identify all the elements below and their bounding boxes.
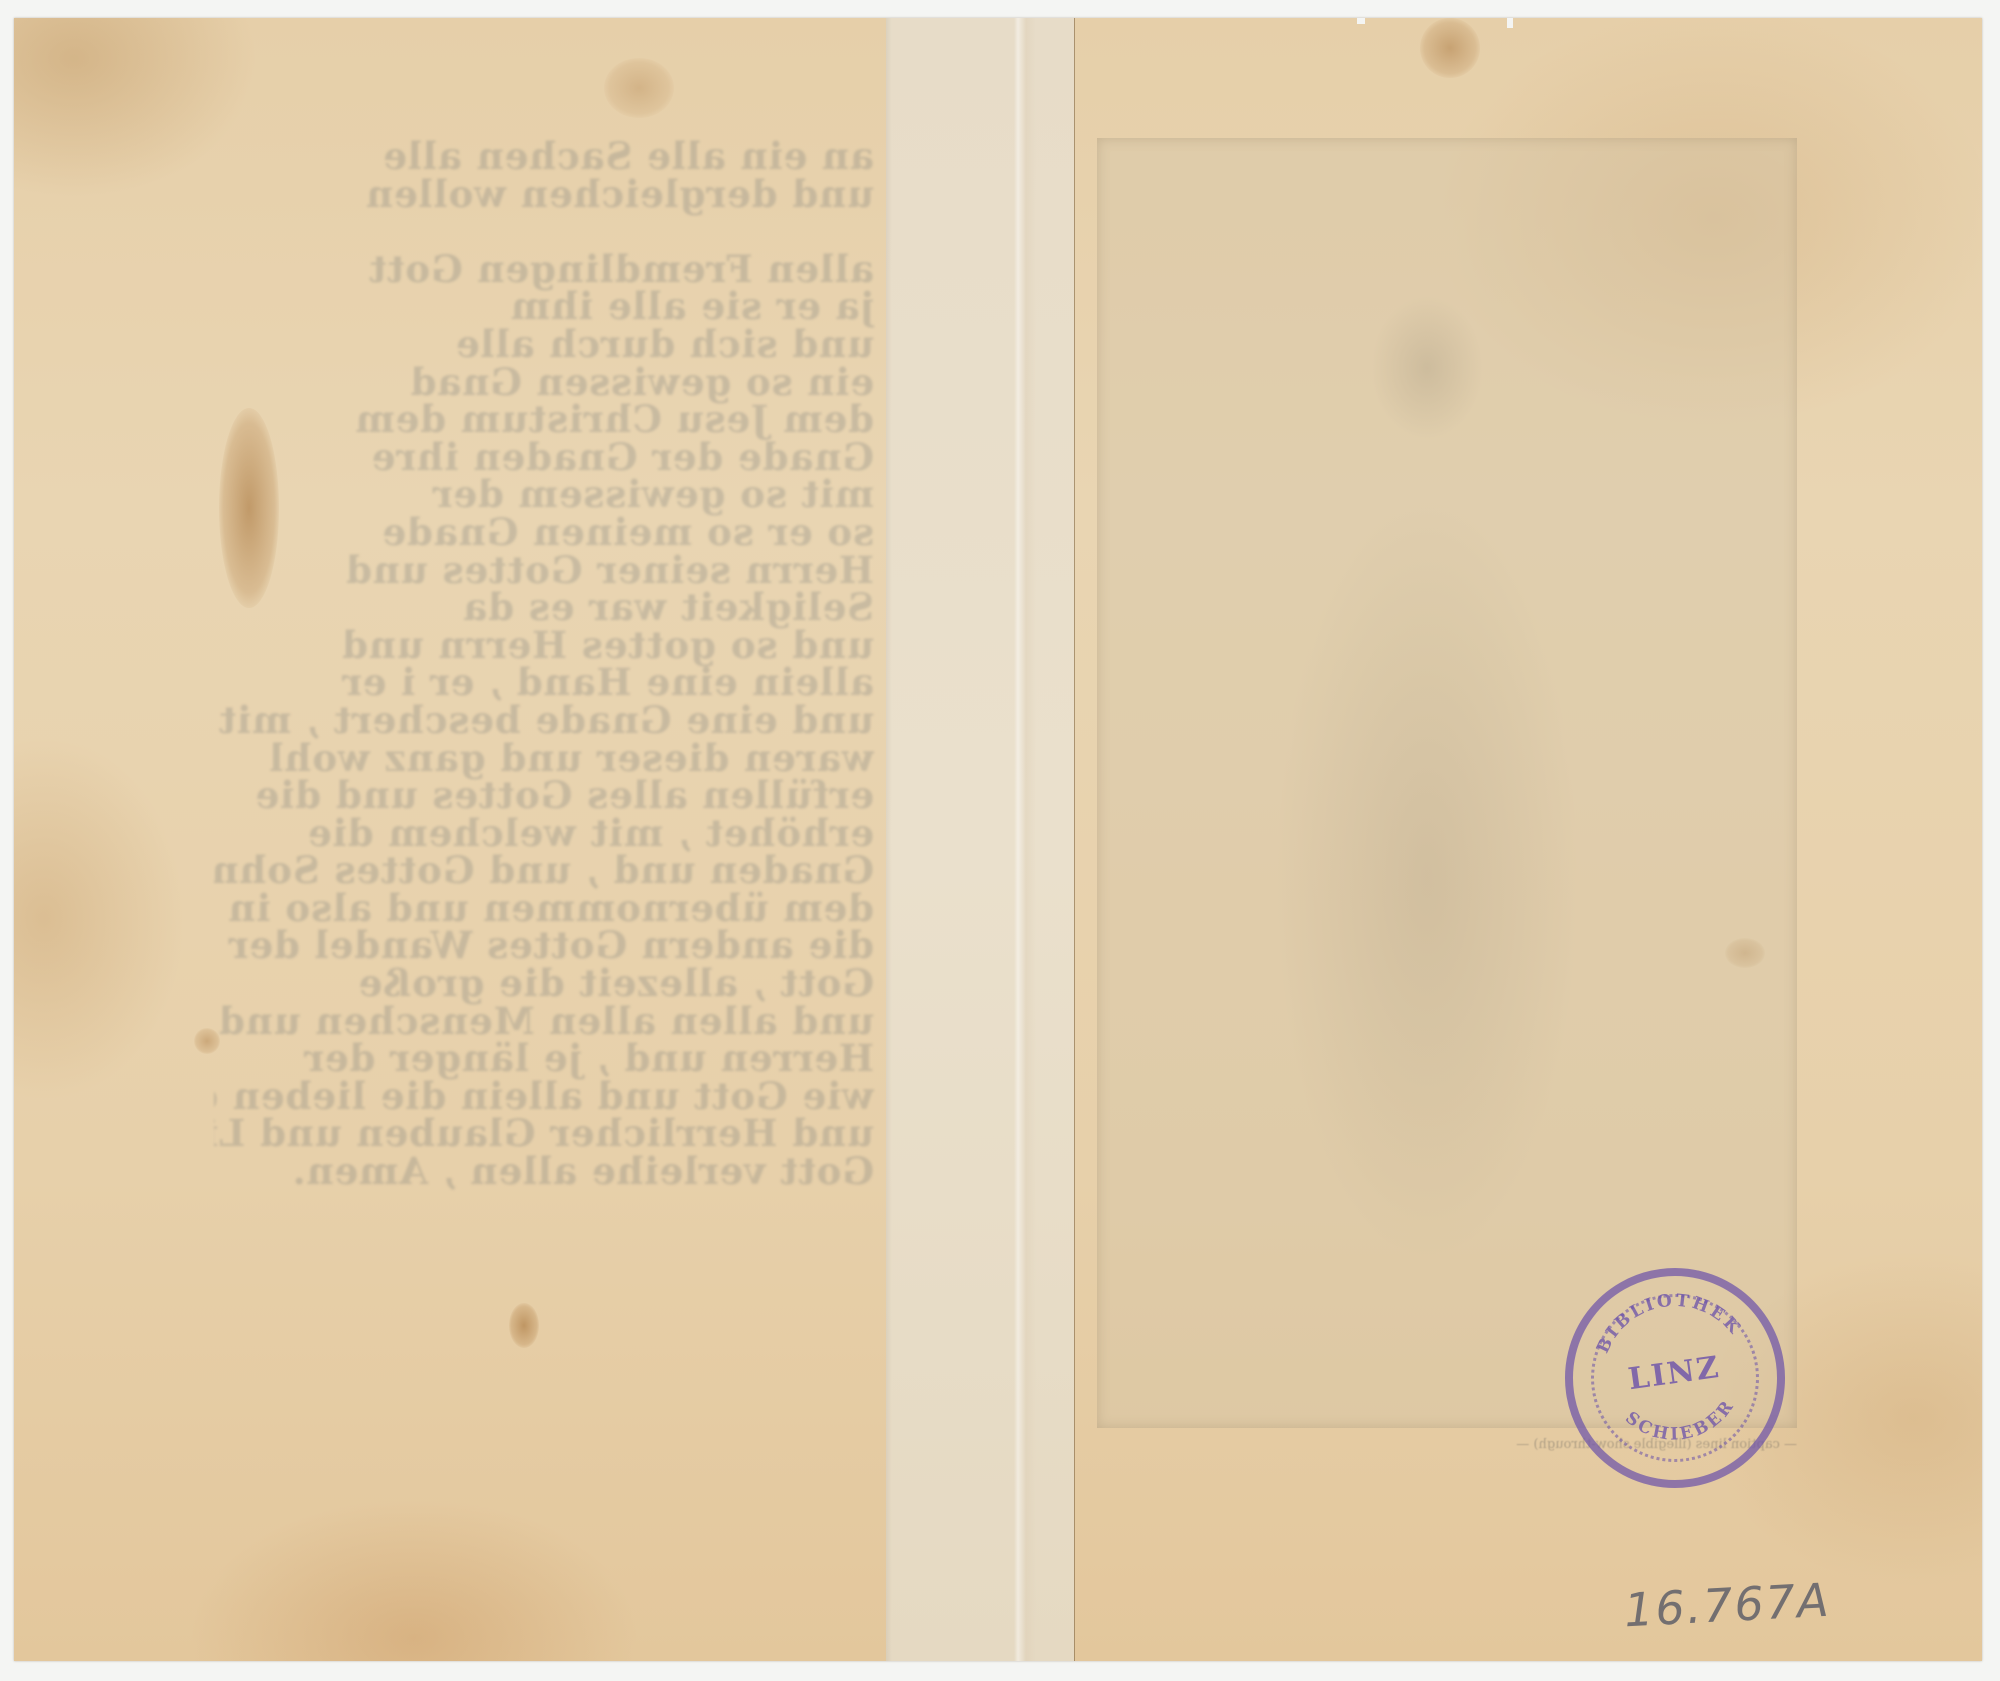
- mirrored-showthrough-text: an ein alle Sachen alle und dergleichen …: [214, 138, 874, 1191]
- showthrough-line: und dergleichen wollen: [214, 176, 874, 214]
- engraved-plate-impression: — caption lines (illegible show-through)…: [1097, 138, 1797, 1428]
- scan-canvas: an ein alle Sachen alle und dergleichen …: [0, 0, 2000, 1681]
- showthrough-line: und allen allen Menschen und: [214, 1003, 874, 1041]
- showthrough-line: Gnade der Gnaden ihre: [214, 439, 874, 477]
- showthrough-line: und eine Gnade beschert , mit: [214, 702, 874, 740]
- showthrough-line: [214, 213, 874, 251]
- foxing-spot: [509, 1303, 539, 1348]
- paper-hinge-tape: [886, 18, 1074, 1661]
- left-page: an ein alle Sachen alle und dergleichen …: [14, 18, 886, 1661]
- water-stain-top-right: [1420, 18, 1480, 78]
- showthrough-line: Herren und , je länger der: [214, 1040, 874, 1078]
- showthrough-line: an ein alle Sachen alle: [214, 138, 874, 176]
- showthrough-line: dem Jesu Christum dem: [214, 401, 874, 439]
- showthrough-line: die andern Gottes Wandel der: [214, 927, 874, 965]
- library-stamp: BIBLIOTHEK SCHIEBER LINZ: [1551, 1254, 1799, 1502]
- showthrough-line: mit so gewissem der: [214, 476, 874, 514]
- pencil-inventory-number: 16.767A: [1623, 1573, 1832, 1638]
- water-stain-top: [604, 58, 674, 118]
- svg-text:SCHIEBER: SCHIEBER: [1619, 1393, 1743, 1452]
- showthrough-line: Seligkeit war es da: [214, 589, 874, 627]
- showthrough-line: und so gottes Herrn und: [214, 627, 874, 665]
- showthrough-line: ja er sie alle ihm: [214, 288, 874, 326]
- paper-sheet: an ein alle Sachen alle und dergleichen …: [14, 18, 1982, 1661]
- showthrough-line: erhöhet , mit welchem die: [214, 815, 874, 853]
- showthrough-line: Gott , allezeit die große: [214, 965, 874, 1003]
- standing-figure-silhouette: [1217, 278, 1637, 1328]
- showthrough-line: und Herrlicher Glauben und Liebe: [214, 1115, 874, 1153]
- showthrough-line: dem übernommen und also in: [214, 890, 874, 928]
- showthrough-line: Gnaden und , und Gottes Sohn: [214, 852, 874, 890]
- showthrough-line: und sich durch alle: [214, 326, 874, 364]
- right-page: — caption lines (illegible show-through)…: [1074, 18, 1983, 1661]
- svg-text:BIBLIOTHEK: BIBLIOTHEK: [1587, 1281, 1747, 1359]
- showthrough-line: wie Gott und allein die lieben der: [214, 1078, 874, 1116]
- showthrough-line: so er so meinen Gnade: [214, 514, 874, 552]
- showthrough-line: allen Fremdlingen Gott: [214, 251, 874, 289]
- top-edge-tear: [1357, 18, 1365, 24]
- showthrough-line: ein so gewissen Gnad: [214, 364, 874, 402]
- showthrough-line: Gott verleihe allen , Amen.: [214, 1153, 874, 1191]
- top-edge-tear: [1507, 18, 1513, 28]
- showthrough-line: allein eine Hand , er i er: [214, 664, 874, 702]
- showthrough-line: erfüllen alles Gottes und die: [214, 777, 874, 815]
- showthrough-line: Herrn seiner Gottes und: [214, 552, 874, 590]
- showthrough-line: waren dieser und ganz wohl: [214, 740, 874, 778]
